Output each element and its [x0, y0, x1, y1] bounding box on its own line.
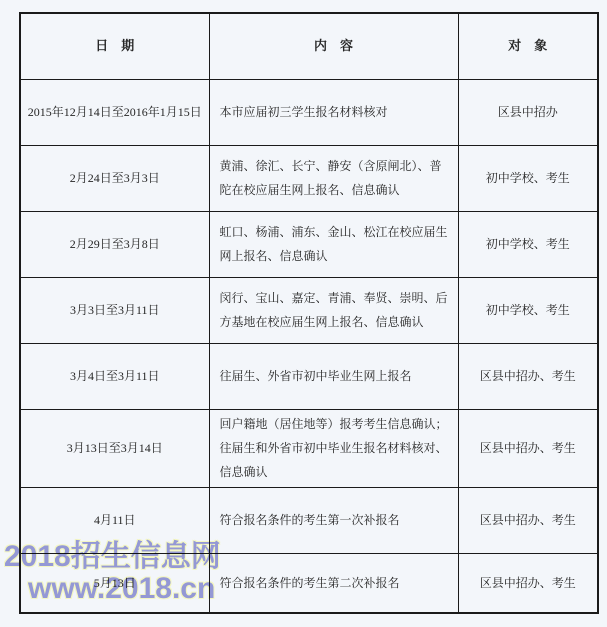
- date-cell: 3月13日至3月14日: [20, 409, 209, 487]
- date-cell: 2月24日至3月3日: [20, 145, 209, 211]
- table-row: 3月13日至3月14日 回户籍地（居住地等）报考考生信息确认；往届生和外省市初中…: [20, 409, 598, 487]
- date-cell: 2015年12月14日至2016年1月15日: [20, 79, 209, 145]
- table-row: 2月29日至3月8日 虹口、杨浦、浦东、金山、松江在校应届生网上报名、信息确认 …: [20, 211, 598, 277]
- header-target: 对 象: [458, 13, 598, 79]
- target-cell: 初中学校、考生: [458, 277, 598, 343]
- table-row: 3月3日至3月11日 闵行、宝山、嘉定、青浦、奉贤、崇明、后方基地在校应届生网上…: [20, 277, 598, 343]
- target-cell: 区县中招办、考生: [458, 409, 598, 487]
- content-cell: 符合报名条件的考生第二次补报名: [209, 553, 458, 613]
- date-cell: 3月3日至3月11日: [20, 277, 209, 343]
- content-cell: 符合报名条件的考生第一次补报名: [209, 487, 458, 553]
- content-cell: 虹口、杨浦、浦东、金山、松江在校应届生网上报名、信息确认: [209, 211, 458, 277]
- table-row: 2月24日至3月3日 黄浦、徐汇、长宁、静安（含原闸北）、普陀在校应届生网上报名…: [20, 145, 598, 211]
- table-row: 3月4日至3月11日 往届生、外省市初中毕业生网上报名 区县中招办、考生: [20, 343, 598, 409]
- content-cell: 回户籍地（居住地等）报考考生信息确认；往届生和外省市初中毕业生报名材料核对、信息…: [209, 409, 458, 487]
- content-cell: 往届生、外省市初中毕业生网上报名: [209, 343, 458, 409]
- target-cell: 初中学校、考生: [458, 211, 598, 277]
- header-date: 日 期: [20, 13, 209, 79]
- content-cell: 黄浦、徐汇、长宁、静安（含原闸北）、普陀在校应届生网上报名、信息确认: [209, 145, 458, 211]
- target-cell: 区县中招办、考生: [458, 343, 598, 409]
- date-cell: 2月29日至3月8日: [20, 211, 209, 277]
- date-cell: 4月11日: [20, 487, 209, 553]
- target-cell: 初中学校、考生: [458, 145, 598, 211]
- target-cell: 区县中招办: [458, 79, 598, 145]
- registration-schedule-table: 日 期 内 容 对 象 2015年12月14日至2016年1月15日 本市应届初…: [19, 12, 599, 614]
- table-header-row: 日 期 内 容 对 象: [20, 13, 598, 79]
- table-row: 5月13日 符合报名条件的考生第二次补报名 区县中招办、考生: [20, 553, 598, 613]
- table-row: 4月11日 符合报名条件的考生第一次补报名 区县中招办、考生: [20, 487, 598, 553]
- content-cell: 闵行、宝山、嘉定、青浦、奉贤、崇明、后方基地在校应届生网上报名、信息确认: [209, 277, 458, 343]
- target-cell: 区县中招办、考生: [458, 553, 598, 613]
- target-cell: 区县中招办、考生: [458, 487, 598, 553]
- date-cell: 3月4日至3月11日: [20, 343, 209, 409]
- header-content: 内 容: [209, 13, 458, 79]
- table-row: 2015年12月14日至2016年1月15日 本市应届初三学生报名材料核对 区县…: [20, 79, 598, 145]
- date-cell: 5月13日: [20, 553, 209, 613]
- content-cell: 本市应届初三学生报名材料核对: [209, 79, 458, 145]
